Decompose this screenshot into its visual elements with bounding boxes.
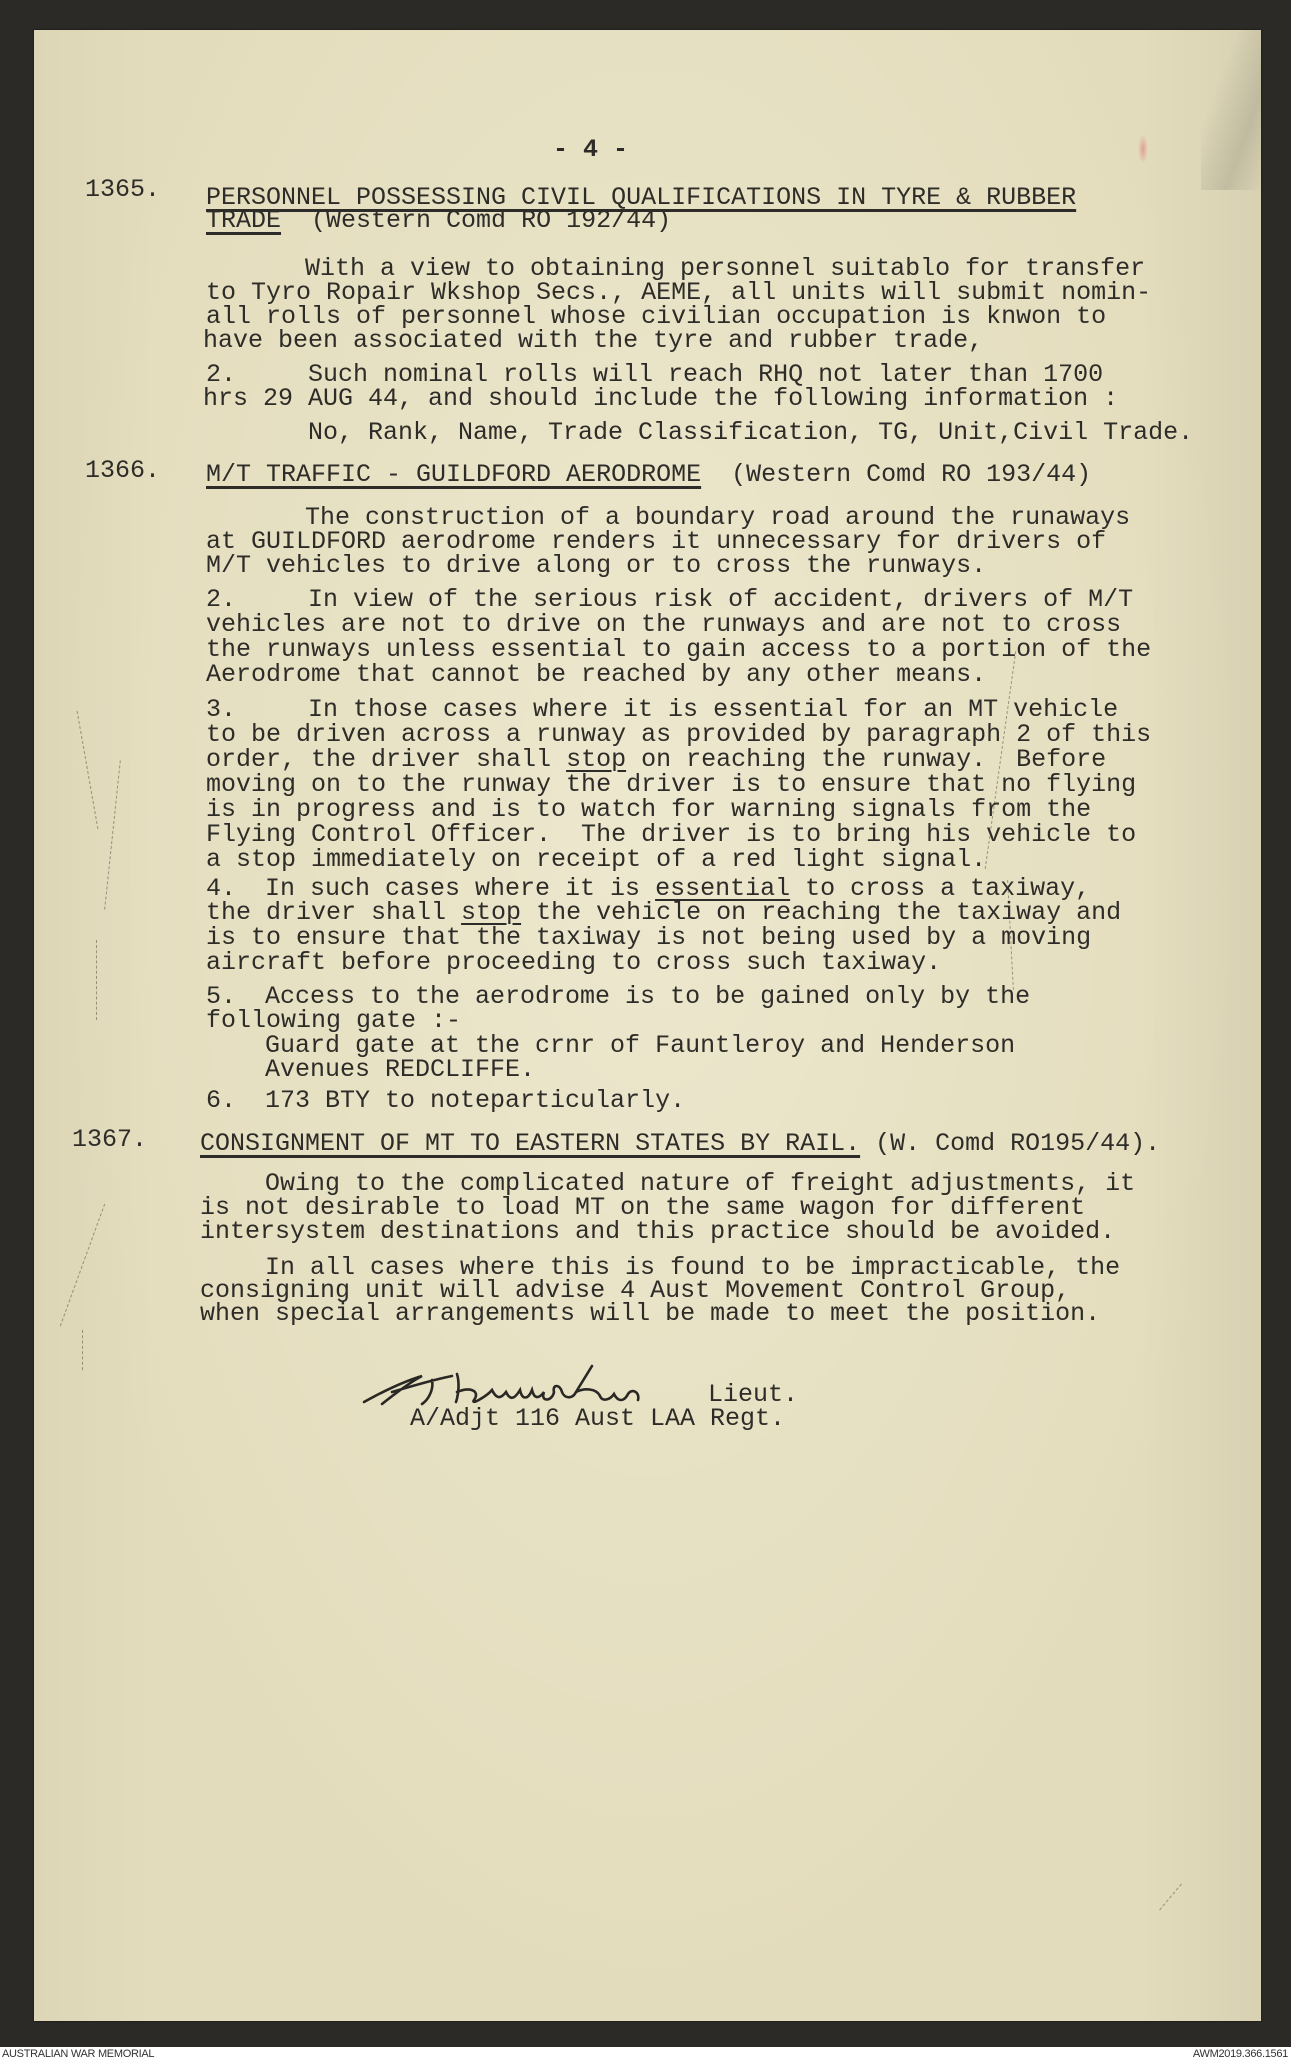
section-1366-heading: M/T TRAFFIC - GUILDFORD AERODROME (Weste… [206,462,1091,487]
paragraph-line: M/T vehicles to drive along or to cross … [206,553,986,578]
footer-institution: AUSTRALIAN WAR MEMORIAL [2,2048,154,2061]
paragraph-line: Flying Control Officer. The driver is to… [206,822,1136,847]
footer-accession-number: AWM2019.366.1561 [1193,2048,1288,2061]
section-number-1367: 1367. [72,1127,147,1152]
paragraph-line: vehicles are not to drive on the runways… [206,612,1121,637]
paragraph-line: 173 BTY to noteparticularly. [265,1088,685,1113]
paragraph-line: when special arrangements will be made t… [200,1301,1100,1326]
section-number-1366: 1366. [85,458,160,483]
paragraph-number: 3. [206,697,236,722]
pencil-margin-mark [96,940,97,1020]
section-number-1365: 1365. [85,177,160,202]
section-1365-heading-ref: (Western Comd RO 192/44) [311,206,671,235]
paragraph-line: the runways unless essential to gain acc… [206,637,1151,662]
paragraph-line: a stop immediately on receipt of a red l… [206,847,986,872]
paragraph-line: following gate :- [206,1008,461,1033]
pencil-margin-mark [82,1330,83,1370]
section-1366-heading-title: M/T TRAFFIC - GUILDFORD AERODROME [206,460,701,489]
paragraph-line: is to ensure that the taxiway is not bei… [206,925,1091,950]
paragraph-line: have been associated with the tyre and r… [203,328,983,353]
signature-appointment: A/Adjt 116 Aust LAA Regt. [410,1406,785,1431]
section-1365-heading-trade: TRADE [206,206,281,235]
section-1367-heading-title: CONSIGNMENT OF MT TO EASTERN STATES BY R… [200,1129,860,1158]
page-fold-shadow [1201,30,1261,190]
paragraph-line: No, Rank, Name, Trade Classification, TG… [308,420,1193,445]
handwritten-signature [362,1362,712,1410]
pink-ink-mark [1138,134,1148,164]
paragraph-line: Aerodrome that cannot be reached by any … [206,662,986,687]
paragraph-line: In view of the serious risk of accident,… [308,587,1133,612]
paragraph-line: order, the driver shall stop on reaching… [206,747,1106,772]
paragraph-line: is in progress and is to watch for warni… [206,797,1091,822]
section-1367-heading: CONSIGNMENT OF MT TO EASTERN STATES BY R… [200,1131,1160,1156]
paragraph-line: aircraft before proceeding to cross such… [206,950,941,975]
page-number: - 4 - [553,137,628,162]
section-1366-heading-ref: (Western Comd RO 193/44) [731,460,1091,489]
paragraph-line: intersystem destinations and this practi… [200,1219,1115,1244]
paragraph-line: the driver shall stop the vehicle on rea… [206,900,1121,925]
paragraph-number: 6. [206,1088,236,1113]
section-1367-heading-ref: (W. Comd RO195/44). [875,1129,1160,1158]
paragraph-line: Avenues REDCLIFFE. [265,1057,535,1082]
paragraph-line: to be driven across a runway as provided… [206,722,1151,747]
section-1365-heading-line2: TRADE (Western Comd RO 192/44) [206,208,671,233]
paragraph-number: 2. [206,587,236,612]
paragraph-line: hrs 29 AUG 44, and should include the fo… [203,386,1118,411]
paragraph-line: In those cases where it is essential for… [308,697,1118,722]
